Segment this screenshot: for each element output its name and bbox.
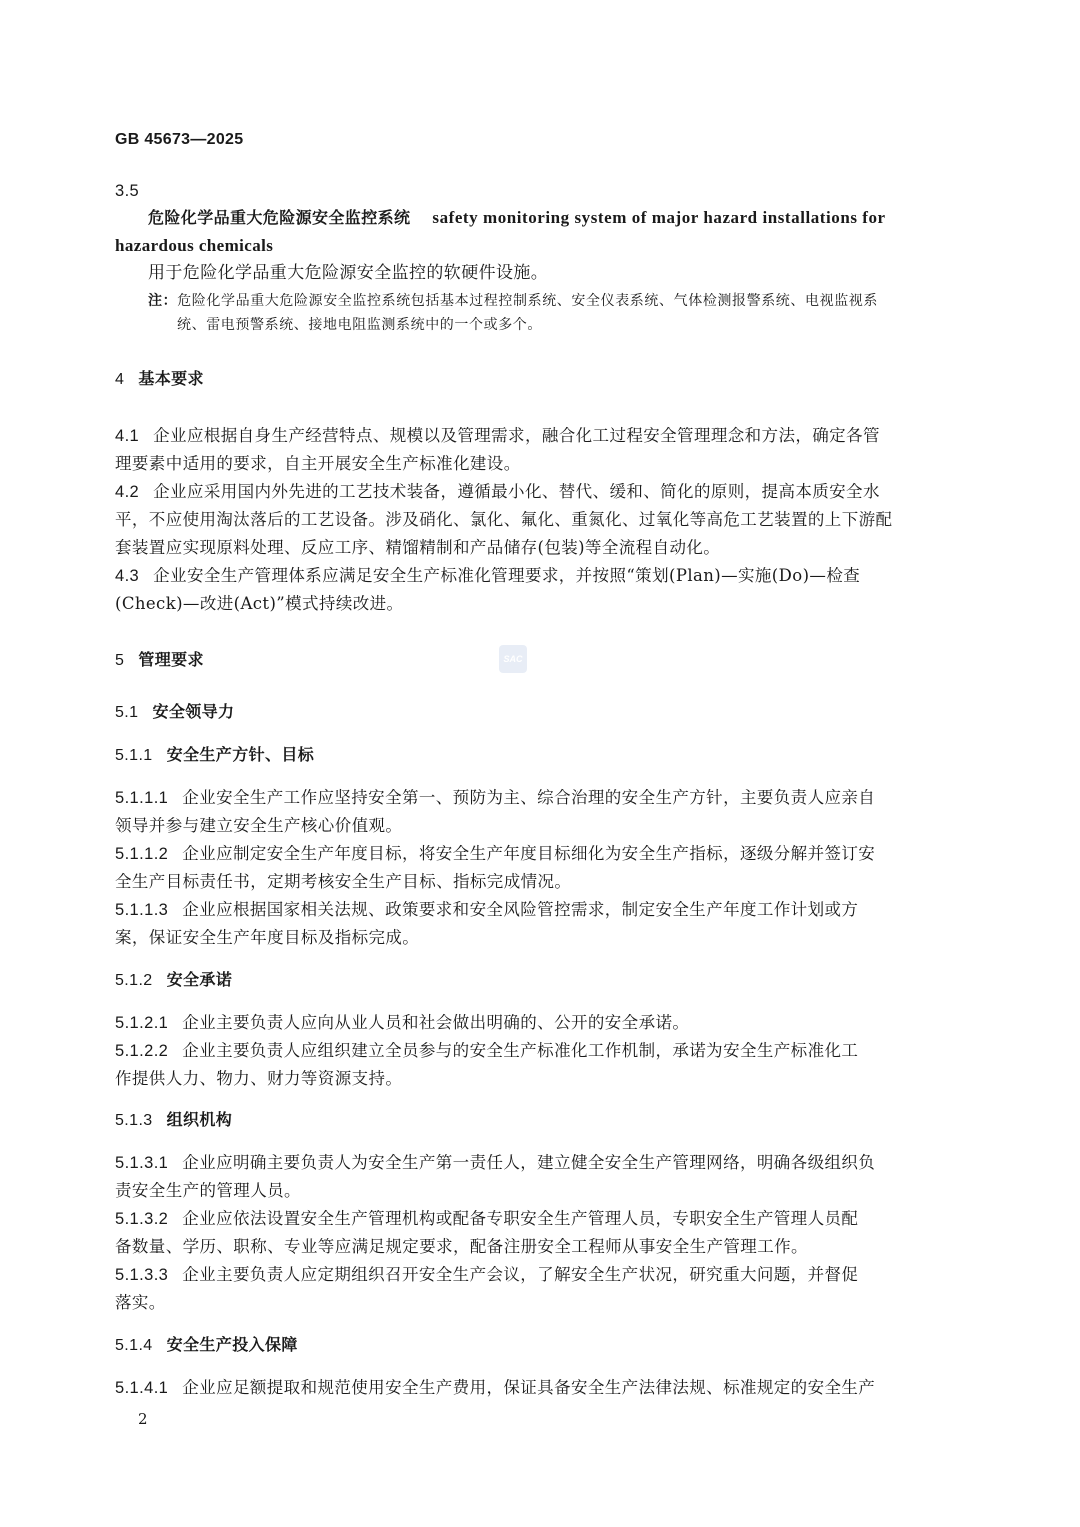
clause-text: 企业应根据国家相关法规、政策要求和安全风险管控需求，制定安全生产年度工作计划或方 <box>182 900 858 919</box>
clause-5-1-1-3-line1: 5.1.1.3企业应根据国家相关法规、政策要求和安全风险管控需求，制定安全生产年… <box>115 900 858 920</box>
clause-4-3-line1: 4.3企业安全生产管理体系应满足安全生产标准化管理要求，并按照“策划(Plan)… <box>115 566 860 586</box>
clause-5-1-3-1-line2: 责安全生产的管理人员。 <box>115 1181 301 1201</box>
clause-text: 企业应依法设置安全生产管理机构或配备专职安全生产管理人员，专职安全生产管理人员配 <box>182 1209 858 1228</box>
term-definition: 用于危险化学品重大危险源安全监控的软硬件设施。 <box>148 263 548 283</box>
clause-number: 5.1.3.3 <box>115 1266 168 1284</box>
subsection-5-1-heading: 5.1安全领导力 <box>115 702 234 723</box>
clause-5-1-3-2-line1: 5.1.3.2企业应依法设置安全生产管理机构或配备专职安全生产管理人员，专职安全… <box>115 1209 858 1229</box>
clause-4-1-line2: 理要素中适用的要求，自主开展安全生产标准化建设。 <box>115 454 521 474</box>
clause-text: 企业安全生产工作应坚持安全第一、预防为主、综合治理的安全生产方针，主要负责人应亲… <box>182 788 875 807</box>
term-en-line2: hazardous chemicals <box>115 236 273 256</box>
clause-4-1-line1: 4.1企业应根据自身生产经营特点、规模以及管理需求，融合化工过程安全管理理念和方… <box>115 426 880 446</box>
clause-4-2-line2: 平，不应使用淘汰落后的工艺设备。涉及硝化、氯化、氟化、重氮化、过氧化等高危工艺装… <box>115 510 892 530</box>
clause-text: 企业主要负责人应定期组织召开安全生产会议，了解安全生产状况，研究重大问题，并督促 <box>182 1265 858 1284</box>
subsection-5-1-4-heading: 5.1.4安全生产投入保障 <box>115 1335 298 1356</box>
clause-text: 企业应采用国内外先进的工艺技术装备，遵循最小化、替代、缓和、简化的原则，提高本质… <box>153 482 880 501</box>
clause-5-1-1-1-line1: 5.1.1.1企业安全生产工作应坚持安全第一、预防为主、综合治理的安全生产方针，… <box>115 788 875 808</box>
section-number: 4 <box>115 371 124 388</box>
subsection-title: 安全生产投入保障 <box>167 1335 298 1354</box>
clause-4-2-line3: 套装置应实现原料处理、反应工序、精馏精制和产品储存(包装)等全流程自动化。 <box>115 538 720 558</box>
clause-text: 企业安全生产管理体系应满足安全生产标准化管理要求，并按照“策划(Plan)—实施… <box>153 566 860 585</box>
clause-number: 5.1.1.2 <box>115 845 168 863</box>
clause-5-1-4-1-line1: 5.1.4.1企业应足额提取和规范使用安全生产费用，保证具备安全生产法律法规、标… <box>115 1378 875 1398</box>
clause-number: 5.1.2.2 <box>115 1042 168 1060</box>
term-en-line1: safety monitoring system of major hazard… <box>432 208 885 227</box>
section-title: 基本要求 <box>138 369 204 388</box>
subsection-number: 5.1.4 <box>115 1337 153 1354</box>
subsection-number: 5.1.2 <box>115 972 153 989</box>
clause-5-1-3-1-line1: 5.1.3.1企业应明确主要负责人为安全生产第一责任人，建立健全安全生产管理网络… <box>115 1153 875 1173</box>
clause-5-1-1-3-line2: 案，保证安全生产年度目标及指标完成。 <box>115 928 419 948</box>
note-label: 注： <box>148 293 177 309</box>
clause-5-1-3-2-line2: 备数量、学历、职称、专业等应满足规定要求，配备注册安全工程师从事安全生产管理工作… <box>115 1237 808 1257</box>
term-note-line1: 注：危险化学品重大危险源安全监控系统包括基本过程控制系统、安全仪表系统、气体检测… <box>148 291 878 311</box>
clause-number: 4.3 <box>115 567 139 585</box>
clause-number: 5.1.4.1 <box>115 1379 168 1397</box>
section-4-heading: 4基本要求 <box>115 369 204 390</box>
clause-text: 企业应制定安全生产年度目标，将安全生产年度目标细化为安全生产指标，逐级分解并签订… <box>182 844 875 863</box>
page-number: 2 <box>138 1410 148 1428</box>
subsection-title: 安全承诺 <box>167 970 233 989</box>
clause-5-1-1-1-line2: 领导并参与建立安全生产核心价值观。 <box>115 816 402 836</box>
clause-5-1-2-2-line1: 5.1.2.2企业主要负责人应组织建立全员参与的安全生产标准化工作机制，承诺为安… <box>115 1041 858 1061</box>
subsection-title: 安全领导力 <box>152 702 234 721</box>
standard-number: GB 45673—2025 <box>115 130 243 150</box>
section-5-heading: 5管理要求 <box>115 650 204 671</box>
clause-4-2-line1: 4.2企业应采用国内外先进的工艺技术装备，遵循最小化、替代、缓和、简化的原则，提… <box>115 482 880 502</box>
clause-text: 企业主要负责人应组织建立全员参与的安全生产标准化工作机制，承诺为安全生产标准化工 <box>182 1041 858 1060</box>
subsection-number: 5.1.1 <box>115 747 153 764</box>
term-title-line: 危险化学品重大危险源安全监控系统safety monitoring system… <box>148 208 886 228</box>
subsection-title: 组织机构 <box>167 1110 233 1129</box>
term-zh: 危险化学品重大危险源安全监控系统 <box>148 208 410 227</box>
clause-4-3-line2: (Check)—改进(Act)”模式持续改进。 <box>115 594 403 614</box>
subsection-title: 安全生产方针、目标 <box>167 745 315 764</box>
clause-number: 5.1.3.1 <box>115 1154 168 1172</box>
clause-text: 企业主要负责人应向从业人员和社会做出明确的、公开的安全承诺。 <box>182 1013 689 1032</box>
clause-5-1-2-2-line2: 作提供人力、物力、财力等资源支持。 <box>115 1069 402 1089</box>
clause-number: 4.1 <box>115 427 139 445</box>
clause-5-1-1-2-line1: 5.1.1.2企业应制定安全生产年度目标，将安全生产年度目标细化为安全生产指标，… <box>115 844 875 864</box>
clause-5-1-1-2-line2: 全生产目标责任书，定期考核安全生产目标、指标完成情况。 <box>115 872 571 892</box>
clause-5-1-3-3-line2: 落实。 <box>115 1293 166 1313</box>
note-text: 危险化学品重大危险源安全监控系统包括基本过程控制系统、安全仪表系统、气体检测报警… <box>177 293 878 309</box>
clause-text: 企业应足额提取和规范使用安全生产费用，保证具备安全生产法律法规、标准规定的安全生… <box>182 1378 875 1397</box>
clause-number: 5.1.2.1 <box>115 1014 168 1032</box>
section-number: 5 <box>115 652 124 669</box>
subsection-5-1-2-heading: 5.1.2安全承诺 <box>115 970 232 991</box>
subsection-5-1-1-heading: 5.1.1安全生产方针、目标 <box>115 745 314 766</box>
clause-number: 5.1.3.2 <box>115 1210 168 1228</box>
sac-watermark-icon: SAC <box>499 645 527 673</box>
subsection-number: 5.1 <box>115 704 138 721</box>
clause-number: 5.1.1.1 <box>115 789 168 807</box>
clause-text: 企业应明确主要负责人为安全生产第一责任人，建立健全安全生产管理网络，明确各级组织… <box>182 1153 875 1172</box>
section-title: 管理要求 <box>138 650 204 669</box>
term-number: 3.5 <box>115 181 139 201</box>
term-note-line2: 统、雷电预警系统、接地电阻监测系统中的一个或多个。 <box>177 315 542 335</box>
clause-number: 4.2 <box>115 483 139 501</box>
subsection-5-1-3-heading: 5.1.3组织机构 <box>115 1110 232 1131</box>
clause-text: 企业应根据自身生产经营特点、规模以及管理需求，融合化工过程安全管理理念和方法，确… <box>153 426 880 445</box>
clause-5-1-2-1-line1: 5.1.2.1企业主要负责人应向从业人员和社会做出明确的、公开的安全承诺。 <box>115 1013 689 1033</box>
document-page: GB 45673—2025 3.5 危险化学品重大危险源安全监控系统safety… <box>0 0 1080 1527</box>
clause-number: 5.1.1.3 <box>115 901 168 919</box>
subsection-number: 5.1.3 <box>115 1112 153 1129</box>
clause-5-1-3-3-line1: 5.1.3.3企业主要负责人应定期组织召开安全生产会议，了解安全生产状况，研究重… <box>115 1265 858 1285</box>
